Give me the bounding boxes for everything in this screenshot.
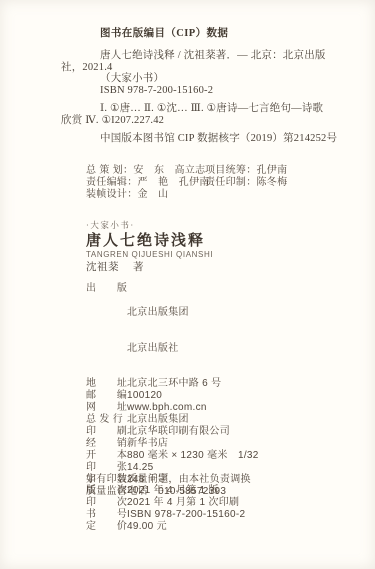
credit-right-cell: 项目统筹： 孔伊南: [205, 165, 287, 177]
book-copyright-page: 图书在版编目（CIP）数据 唐人七绝诗浅释 / 沈祖棻著．— 北京：北京出版 社…: [0, 0, 375, 569]
cip-isbn-line: ISBN 978-7-200-15160-2: [61, 85, 327, 97]
publication-row-postcode: 邮 编 100120: [86, 390, 361, 402]
publication-row-format: 开 本 880 毫米 × 1230 毫米 1/32: [86, 450, 361, 462]
cip-registry-number: 中国版本图书馆 CIP 数据核字（2019）第214252号: [61, 133, 327, 145]
publication-label: 出 版: [86, 283, 127, 378]
publication-value: 北京华联印刷有限公司: [127, 426, 230, 438]
author-row: 沈祖棻 著: [86, 261, 326, 273]
publication-value: 100120: [127, 390, 162, 402]
publication-label: 经 销: [86, 438, 127, 450]
credits-section: 总 策 划： 安 东 高立志 项目统筹： 孔伊南 责任编辑： 严 艳 孔伊南 责…: [86, 165, 356, 201]
publication-row-sheets: 印 张 14.25: [86, 462, 361, 474]
publication-row-address: 地 址 北京北三环中路 6 号: [86, 378, 361, 390]
publication-value: 2021 年 4 月第 1 次印刷: [127, 497, 239, 509]
publication-label: 开 本: [86, 450, 127, 462]
publication-value: 北京出版集团 北京出版社: [127, 283, 189, 378]
cip-heading: 图书在版编目（CIP）数据: [61, 28, 327, 40]
credit-left-cell: 责任编辑： 严 艳 孔伊南: [86, 177, 205, 189]
book-title-pinyin: TANGREN QIJUESHI QIANSHI: [86, 250, 326, 260]
credit-left-cell: 装帧设计： 金 山: [86, 189, 205, 201]
credit-label: 装帧设计：: [86, 189, 138, 201]
publication-value: 新华书店: [127, 438, 168, 450]
publication-row-isbn: 书 号 ISBN 978-7-200-15160-2: [86, 509, 361, 521]
author-name: 沈祖棻: [86, 261, 119, 273]
cip-section: 图书在版编目（CIP）数据 唐人七绝诗浅释 / 沈祖棻著．— 北京：北京出版 社…: [61, 28, 327, 145]
publication-value: 北京出版集团: [127, 414, 189, 426]
credit-value: 陈冬梅: [257, 177, 288, 189]
book-title-section: ·大家小书· 唐人七绝诗浅释 TANGREN QIJUESHI QIANSHI …: [86, 220, 326, 273]
publication-row-publisher: 出 版 北京出版集团 北京出版社: [86, 283, 361, 378]
publication-row-distributor: 总 发 行 北京出版集团: [86, 414, 361, 426]
publication-value: www.bph.com.cn: [127, 402, 207, 414]
publication-label: 印 次: [86, 497, 127, 509]
credit-right-cell: 责任印制： 陈冬梅: [205, 177, 287, 189]
quality-notice-line: 如有印装质量问题，由本社负责调换: [86, 474, 346, 486]
credits-row: 装帧设计： 金 山: [86, 189, 356, 201]
publication-value: 880 毫米 × 1230 毫米 1/32: [127, 450, 259, 462]
credit-value: 孔伊南: [257, 165, 288, 177]
credits-row: 总 策 划： 安 东 高立志 项目统筹： 孔伊南: [86, 165, 356, 177]
credit-label: 责任印制：: [205, 177, 257, 189]
publication-label: 书 号: [86, 509, 127, 521]
publication-label: 印 张: [86, 462, 127, 474]
publication-label: 定 价: [86, 521, 127, 533]
publisher-group: 北京出版集团: [127, 307, 189, 319]
credit-value: 金 山: [138, 189, 169, 201]
publication-row-price: 定 价 49.00 元: [86, 521, 361, 533]
credit-value: 安 东 高立志: [133, 165, 205, 177]
publication-label: 网 址: [86, 402, 127, 414]
publication-row-impression: 印 次 2021 年 4 月第 1 次印刷: [86, 497, 361, 509]
series-name: ·大家小书·: [86, 220, 326, 230]
credit-value: 严 艳 孔伊南: [138, 177, 210, 189]
cip-record-line-1: 唐人七绝诗浅释 / 沈祖棻著．— 北京：北京出版: [61, 50, 327, 62]
cip-classification-line-1: Ⅰ. ①唐… Ⅱ. ①沈… Ⅲ. ①唐诗—七言绝句—诗歌: [61, 103, 327, 115]
publication-value: 49.00 元: [127, 521, 167, 533]
author-role: 著: [133, 261, 144, 273]
cip-classification-line-2: 欣赏 Ⅳ. ①I207.227.42: [61, 115, 327, 127]
credit-left-cell: 总 策 划： 安 东 高立志: [86, 165, 205, 177]
book-title: 唐人七绝诗浅释: [86, 231, 326, 250]
publication-label: 印 刷: [86, 426, 127, 438]
publication-row-seller: 经 销 新华书店: [86, 438, 361, 450]
quality-hotline-line: 质量监督电话 010-58572393: [86, 486, 346, 498]
publication-value: ISBN 978-7-200-15160-2: [127, 509, 245, 521]
cip-record-line-2: 社，2021.4: [61, 62, 327, 74]
publication-value: 北京北三环中路 6 号: [127, 378, 221, 390]
publication-row-website: 网 址 www.bph.com.cn: [86, 402, 361, 414]
cip-series-note: （大家小书）: [61, 73, 327, 85]
publisher-house: 北京出版社: [127, 343, 189, 355]
credit-label: 责任编辑：: [86, 177, 138, 189]
publication-value: 14.25: [127, 462, 154, 474]
credit-label: 总 策 划：: [86, 165, 133, 177]
quality-notice-section: 如有印装质量问题，由本社负责调换 质量监督电话 010-58572393: [86, 474, 346, 498]
publication-row-printer: 印 刷 北京华联印刷有限公司: [86, 426, 361, 438]
publication-label: 邮 编: [86, 390, 127, 402]
credit-label: 项目统筹：: [205, 165, 257, 177]
credits-row: 责任编辑： 严 艳 孔伊南 责任印制： 陈冬梅: [86, 177, 356, 189]
publication-label: 地 址: [86, 378, 127, 390]
publication-label: 总 发 行: [86, 414, 127, 426]
